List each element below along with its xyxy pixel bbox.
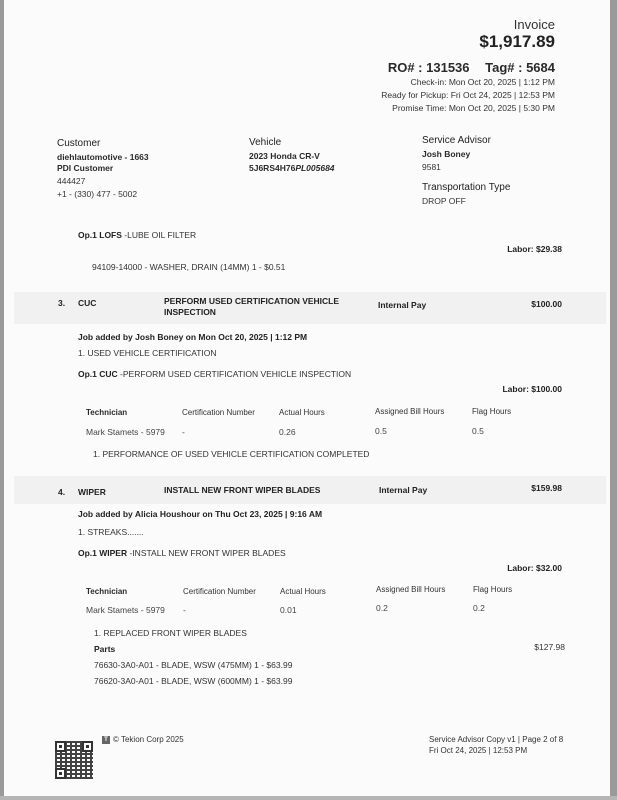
job-4-op-line: Op.1 WIPER -INSTALL NEW FRONT WIPER BLAD… xyxy=(78,548,286,558)
job-4-pay-type: Internal Pay xyxy=(379,485,427,495)
job-4-concern: 1. STREAKS....... xyxy=(78,527,144,537)
job-3-flag-hours: 0.5 xyxy=(472,426,484,436)
job-4-op-code: Op.1 WIPER xyxy=(78,548,127,558)
footer-copyright: © Tekion Corp 2025 xyxy=(113,735,184,744)
job-4-th-technician: Technician xyxy=(86,587,127,596)
scan-border xyxy=(0,796,617,800)
job-3-th-technician: Technician xyxy=(86,408,127,417)
service-advisor-id: 9581 xyxy=(422,161,441,174)
qr-code xyxy=(55,741,93,779)
service-advisor-title: Service Advisor xyxy=(422,135,491,146)
job-3-th-flag: Flag Hours xyxy=(472,407,511,416)
job-4-assigned-hours: 0.2 xyxy=(376,603,388,613)
job-3-added-by: Job added by Josh Boney on Mon Oct 20, 2… xyxy=(78,332,307,342)
job-4-description: INSTALL NEW FRONT WIPER BLADES xyxy=(164,485,320,495)
job-3-actual-hours: 0.26 xyxy=(279,427,296,437)
job-4-code: WIPER xyxy=(78,487,106,497)
job-3-op-line: Op.1 CUC -PERFORM USED CERTIFICATION VEH… xyxy=(78,369,351,379)
customer-title: Customer xyxy=(57,138,100,149)
invoice-title: Invoice xyxy=(514,17,555,32)
job-4-th-cert: Certification Number xyxy=(183,587,256,596)
job-3-technician: Mark Stamets - 5979 xyxy=(86,427,165,437)
tag-number: Tag# : 5684 xyxy=(485,60,555,75)
service-advisor-name: Josh Boney xyxy=(422,148,470,161)
job-3-assigned-hours: 0.5 xyxy=(375,426,387,436)
job-3-code: CUC xyxy=(78,298,96,308)
transportation-title: Transportation Type xyxy=(422,182,510,193)
prev-labor: Labor: $29.38 xyxy=(507,244,562,254)
job-3-concern: 1. USED VEHICLE CERTIFICATION xyxy=(78,348,217,358)
job-4-correction: 1. REPLACED FRONT WIPER BLADES xyxy=(94,628,247,638)
job-4-number: 4. xyxy=(58,487,65,497)
job-4-op-desc: -INSTALL NEW FRONT WIPER BLADES xyxy=(127,548,286,558)
prev-op-code: Op.1 LOFS xyxy=(78,230,122,240)
invoice-total: $1,917.89 xyxy=(479,32,555,52)
job-3-labor: Labor: $100.00 xyxy=(502,384,562,394)
job-3-op-code: Op.1 CUC xyxy=(78,369,118,379)
customer-type: PDI Customer xyxy=(57,162,113,175)
job-4-th-flag: Flag Hours xyxy=(473,585,512,594)
job-3-description-2: INSPECTION xyxy=(164,307,216,317)
job-4-parts-total: $127.98 xyxy=(534,642,565,652)
job-3-pay-type: Internal Pay xyxy=(378,300,426,310)
job-4-th-assigned: Assigned Bill Hours xyxy=(376,585,445,594)
ro-tag-line: RO# : 131536 Tag# : 5684 xyxy=(388,60,555,75)
job-4-technician: Mark Stamets - 5979 xyxy=(86,605,165,615)
transportation-value: DROP OFF xyxy=(422,195,466,208)
vin-prefix: 5J6RS4H76 xyxy=(249,163,295,173)
job-4-cert-number: - xyxy=(183,605,186,615)
job-3-th-cert: Certification Number xyxy=(182,408,255,417)
ro-number: RO# : 131536 xyxy=(388,60,470,75)
job-3-th-actual: Actual Hours xyxy=(279,408,325,417)
prev-op-desc: -LUBE OIL FILTER xyxy=(122,230,196,240)
vehicle-vin: 5J6RS4H76PL005684 xyxy=(249,162,335,175)
job-4-labor: Labor: $32.00 xyxy=(507,563,562,573)
check-in: Check-in: Mon Oct 20, 2025 | 1:12 PM xyxy=(411,77,555,87)
job-4-flag-hours: 0.2 xyxy=(473,603,485,613)
job-4-part-2: 76620-3A0-A01 - BLADE, WSW (600MM) 1 - $… xyxy=(94,676,292,686)
job-4-actual-hours: 0.01 xyxy=(280,605,297,615)
prev-part: 94109-14000 - WASHER, DRAIN (14MM) 1 - $… xyxy=(92,262,285,272)
customer-phone: +1 - (330) 477 - 5002 xyxy=(57,188,137,201)
job-3-correction: 1. PERFORMANCE OF USED VEHICLE CERTIFICA… xyxy=(93,449,369,459)
job-3-cert-number: - xyxy=(182,427,185,437)
job-3-th-assigned: Assigned Bill Hours xyxy=(375,407,444,416)
vin-suffix: PL005684 xyxy=(295,163,334,173)
job-4-amount: $159.98 xyxy=(531,483,562,493)
customer-id: 444427 xyxy=(57,175,85,188)
footer-printed-date: Fri Oct 24, 2025 | 12:53 PM xyxy=(429,746,527,755)
job-3-op-desc: -PERFORM USED CERTIFICATION VEHICLE INSP… xyxy=(118,369,351,379)
footer-copy-info: Service Advisor Copy v1 | Page 2 of 8 xyxy=(429,735,563,744)
job-4-part-1: 76630-3A0-A01 - BLADE, WSW (475MM) 1 - $… xyxy=(94,660,292,670)
job-3-number: 3. xyxy=(58,298,65,308)
job-4-th-actual: Actual Hours xyxy=(280,587,326,596)
promise-time: Promise Time: Mon Oct 20, 2025 | 5:30 PM xyxy=(392,103,555,113)
job-3-description-1: PERFORM USED CERTIFICATION VEHICLE xyxy=(164,296,339,306)
job-3-amount: $100.00 xyxy=(531,299,562,309)
tekion-logo-icon: T xyxy=(102,736,110,744)
job-4-parts-label: Parts xyxy=(94,644,115,654)
ready-for-pickup: Ready for Pickup: Fri Oct 24, 2025 | 12:… xyxy=(381,90,555,100)
job-4-added-by: Job added by Alicia Houshour on Thu Oct … xyxy=(78,509,322,519)
prev-op-line: Op.1 LOFS -LUBE OIL FILTER xyxy=(78,230,196,240)
vehicle-title: Vehicle xyxy=(249,137,281,148)
